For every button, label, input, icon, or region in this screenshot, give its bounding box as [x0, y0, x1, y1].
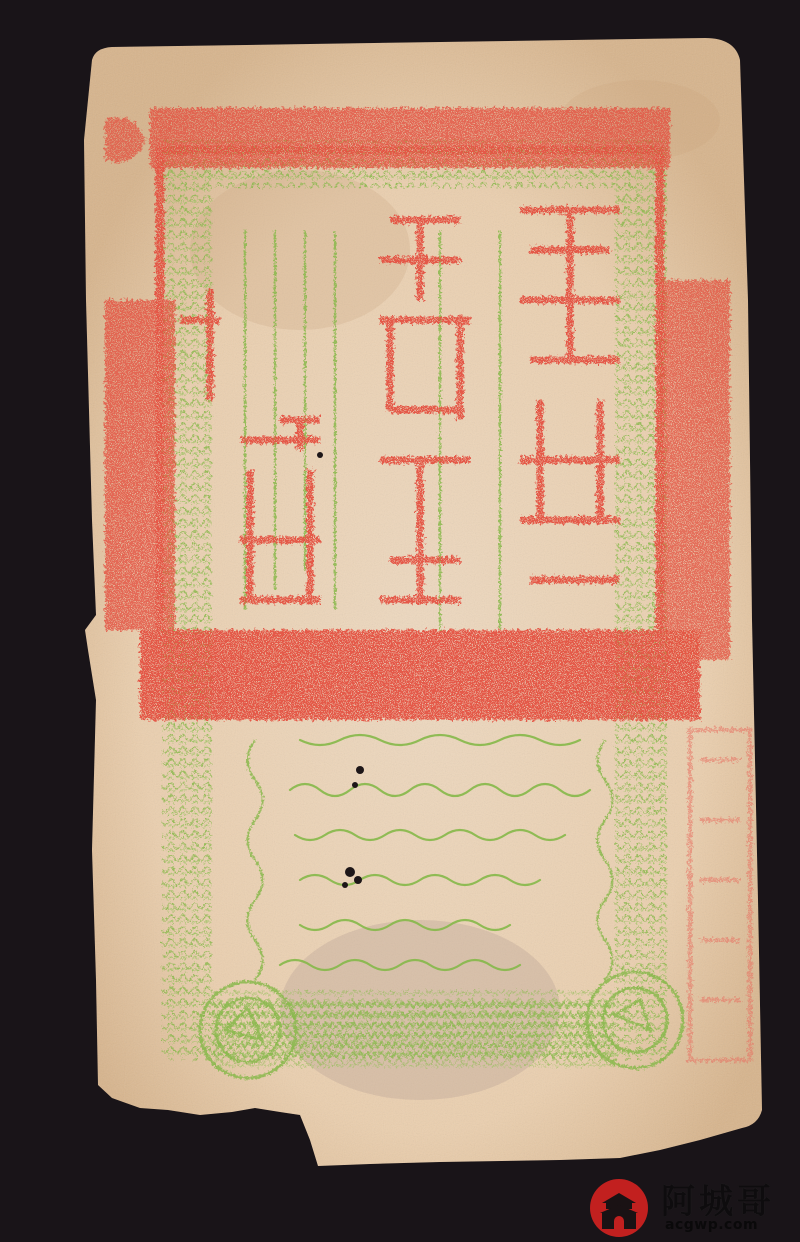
palace-gate-icon	[590, 1179, 648, 1237]
banknote-photo	[0, 0, 800, 1242]
watermark: 阿城哥 acgwp.com	[585, 1170, 795, 1236]
watermark-url: acgwp.com	[665, 1217, 758, 1233]
watermark-name: 阿城哥	[661, 1174, 775, 1223]
